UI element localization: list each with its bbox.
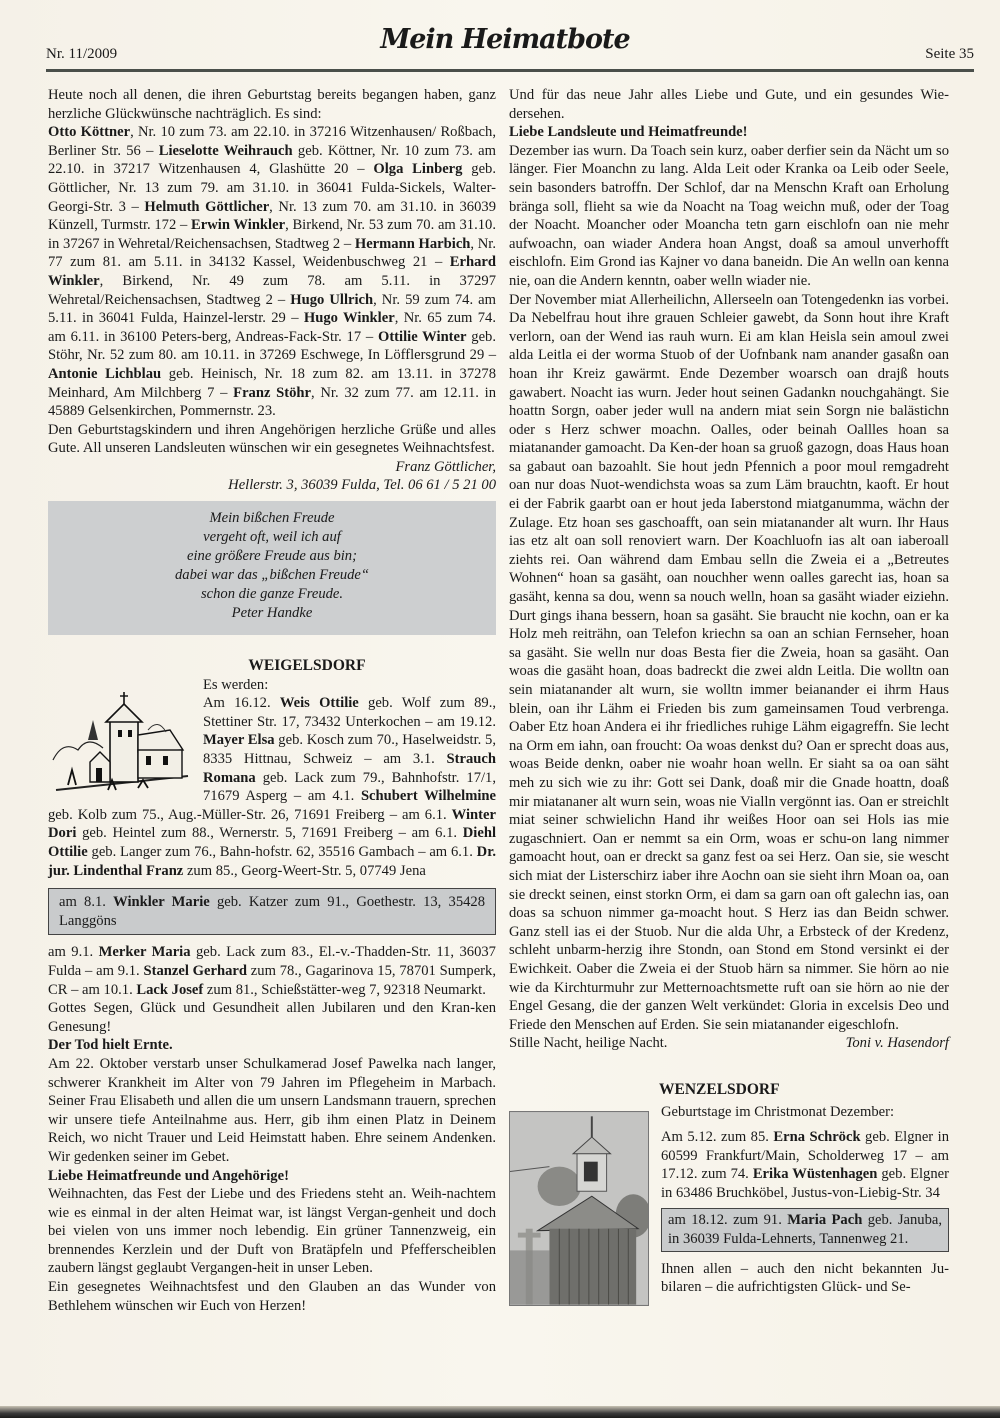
entry-date: Am 5.12. zum 85.: [661, 1129, 773, 1145]
christmas-text: Weihnachten, das Fest der Liebe und des …: [48, 1185, 496, 1278]
person-name: Erna Schröck: [773, 1129, 860, 1145]
right-column: Und für das neue Jahr alles Liebe und Gu…: [509, 86, 949, 1310]
dialect-closing-line: Stille Nacht, heilige Nacht. Toni v. Has…: [509, 1034, 949, 1053]
person-name: Merker Maria: [99, 944, 191, 960]
person-name: Hugo Winkler: [304, 310, 395, 326]
person-name: Hugo Ullrich: [290, 292, 373, 308]
highlighted-birthday-box: am 8.1. Winkler Marie geb. Katzer zum 91…: [48, 888, 496, 935]
church-illustration: [48, 690, 193, 800]
wenzelsdorf-heading: WENZELSDORF: [659, 1081, 949, 1100]
quote-line: Mein bißchen Freude: [48, 509, 496, 528]
person-name: Antonie Lichblau: [48, 366, 161, 382]
birthday-intro: Heute noch all denen, die ihren Geburtst…: [48, 86, 496, 123]
signature-address: Hellerstr. 3, 36039 Fulda, Tel. 06 61 / …: [48, 476, 496, 495]
issue-number: Nr. 11/2009: [46, 46, 117, 63]
entry-date: Am 16.12.: [203, 695, 280, 711]
person-details: zum 81., Schießstätter-weg 7, 92318 Neum…: [203, 982, 486, 998]
closing-text: Stille Nacht, heilige Nacht.: [509, 1034, 667, 1053]
weigelsdorf-more: am 9.1. Merker Maria geb. Lack zum 83., …: [48, 943, 496, 999]
quote-box: Mein bißchen Freude vergeht oft, weil ic…: [48, 501, 496, 635]
weigelsdorf-section: Es werden: Am 16.12. Weis Ottilie geb. W…: [48, 676, 496, 881]
person-name: Olga Linberg: [373, 161, 462, 177]
person-name: Hermann Harbich: [355, 236, 471, 252]
person-name: Winkler Marie: [113, 894, 210, 910]
signature-name: Franz Göttlicher,: [48, 458, 496, 477]
person-name: Schubert Wilhelmine: [361, 788, 496, 804]
person-details: geb. Heintel zum 88., Wernerstr. 5, 7169…: [76, 825, 462, 841]
highlighted-birthday-box: am 18.12. zum 91. Maria Pach geb. Januba…: [661, 1208, 949, 1251]
chapel-photo: [509, 1111, 649, 1306]
quote-line: schon die ganze Freude.: [48, 585, 496, 604]
obituary-heading: Der Tod hielt Ernte.: [48, 1036, 496, 1055]
header-rule: [46, 69, 974, 72]
birthday-list: Otto Köttner, Nr. 10 zum 73. am 22.10. i…: [48, 123, 496, 421]
person-name: Ottilie Winter: [378, 329, 467, 345]
wenzelsdorf-section: Geburtstage im Christmonat Dezember: Am …: [509, 1103, 949, 1296]
quote-author: Peter Handke: [48, 604, 496, 623]
christmas-closing: Ein gesegnetes Weihnachtsfest und den Gl…: [48, 1278, 496, 1315]
page-number: Seite 35: [925, 46, 974, 63]
dialect-author: Toni v. Hasendorf: [846, 1034, 949, 1053]
page-header: Nr. 11/2009 Mein Heimatbote Seite 35: [36, 16, 974, 72]
entry-date: am 9.1.: [48, 944, 99, 960]
person-name: Erika Wüstenhagen: [753, 1166, 878, 1182]
person-name: Lieselotte Weihrauch: [159, 143, 293, 159]
person-name: Maria Pach: [787, 1212, 862, 1228]
page-edge-shadow: [0, 1406, 1000, 1418]
person-name: Mayer Elsa: [203, 732, 275, 748]
left-column: Heute noch all denen, die ihren Geburtst…: [48, 86, 496, 1315]
person-details: geb. Kolb zum 75., Aug.-Müller-Str. 26, …: [48, 807, 452, 823]
dialect-paragraph-1: Dezember ias wurn. Da Toach sein kurz, o…: [509, 142, 949, 291]
blessing-text: Gottes Segen, Glück und Gesundheit allen…: [48, 999, 496, 1036]
quote-line: vergeht oft, weil ich auf: [48, 528, 496, 547]
newspaper-page: Nr. 11/2009 Mein Heimatbote Seite 35 Heu…: [0, 0, 1000, 1418]
person-name: Weis Ottilie: [280, 695, 359, 711]
obituary-text: Am 22. Oktober verstarb unser Schulkamer…: [48, 1055, 496, 1167]
quote-line: eine größere Freude aus bin;: [48, 547, 496, 566]
masthead-logo: Mein Heimatbote: [380, 24, 629, 55]
quote-line: dabei war das „bißchen Freude“: [48, 566, 496, 585]
person-details: geb. Langer zum 76., Bahn-hofstr. 62, 35…: [88, 844, 477, 860]
person-details: zum 85., Georg-Weert-Str. 5, 07749 Jena: [183, 863, 426, 879]
person-name: Otto Köttner: [48, 124, 130, 140]
person-name: Helmuth Göttlicher: [144, 199, 269, 215]
person-name: Franz Stöhr: [233, 385, 311, 401]
entry-date: am 18.12. zum 91.: [668, 1212, 787, 1228]
christmas-heading: Liebe Heimatfreunde und Angehörige!: [48, 1167, 496, 1186]
new-year-wish: Und für das neue Jahr alles Liebe und Gu…: [509, 86, 949, 123]
person-name: Erwin Winkler: [191, 217, 285, 233]
greeting-text: Den Geburtstagskindern und ihren Angehör…: [48, 421, 496, 458]
dialect-paragraph-2: Der November miat Allerheilichn, Allerse…: [509, 291, 949, 1035]
bleed-through-band: [48, 635, 496, 657]
person-name: Lack Josef: [136, 982, 203, 998]
entry-date: am 8.1.: [59, 894, 113, 910]
weigelsdorf-heading: WEIGELSDORF: [48, 657, 496, 676]
dialect-heading: Liebe Landsleute und Heimatfreunde!: [509, 123, 949, 142]
person-name: Stanzel Gerhard: [143, 963, 247, 979]
